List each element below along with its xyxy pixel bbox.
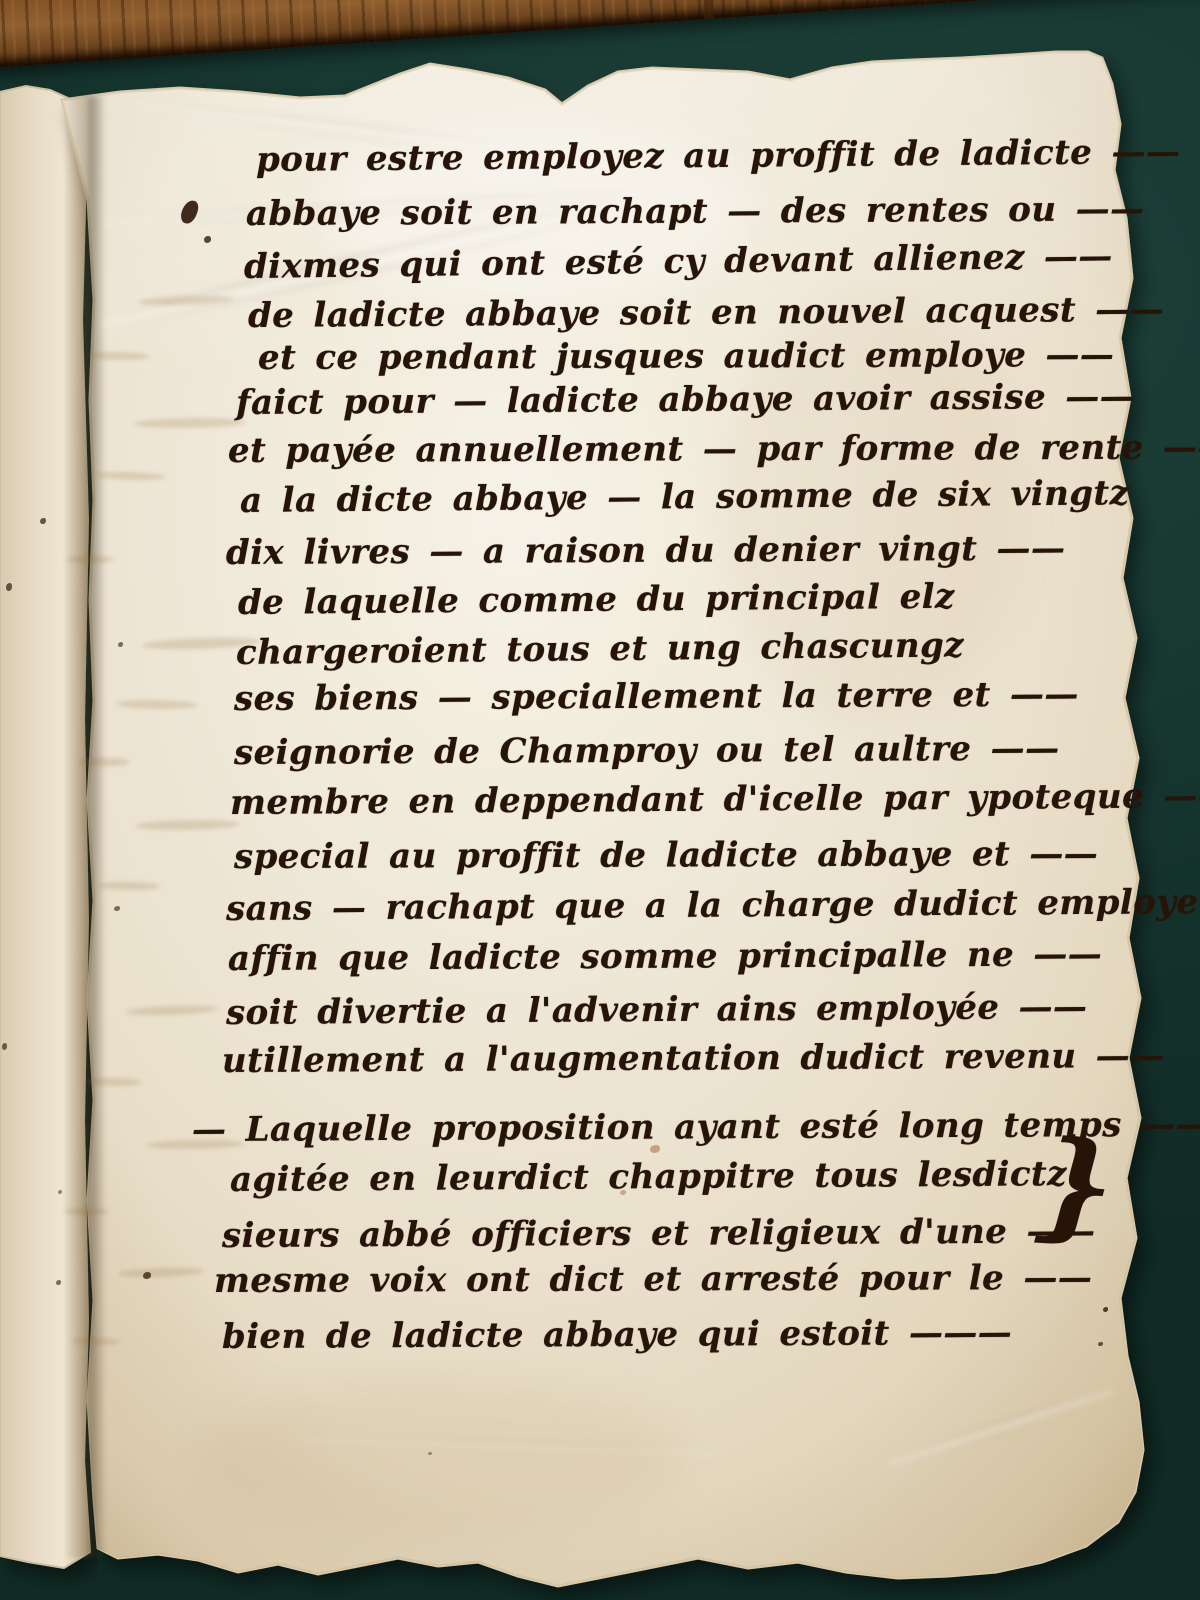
manuscript-line: pour estre employez au proffit de ladict… <box>256 132 1181 180</box>
manuscript-line: ses biens — speciallement la terre et —— <box>234 675 1079 719</box>
manuscript-line: utillement a l'augmentation dudict reven… <box>222 1036 1165 1081</box>
manuscript-line: chargeroient tous et ung chascungz <box>236 625 964 673</box>
manuscript-line: sans — rachapt que a la charge dudict em… <box>226 882 1199 929</box>
manuscript-line: et payée annuellement — par forme de ren… <box>228 427 1200 471</box>
manuscript-photo: pour estre employez au proffit de ladict… <box>0 0 1200 1600</box>
manuscript-line: bien de ladicte abbaye qui estoit ——— <box>222 1313 1012 1357</box>
manuscript-line: affin que ladicte somme principalle ne —… <box>228 934 1102 979</box>
manuscript-line: et ce pendant jusques audict employe —— <box>258 335 1114 378</box>
manuscript-line: dix livres — a raison du denier vingt —— <box>226 529 1066 573</box>
manuscript-line: membre en deppendant d'icelle par ypoteq… <box>230 776 1200 823</box>
manuscript-line: agitée en leurdict chappitre tous lesdic… <box>230 1154 1067 1200</box>
manuscript-line: sieurs abbé officiers et religieux d'une… <box>222 1211 1096 1256</box>
ghost-text-streak <box>78 758 130 766</box>
manuscript-line: mesme voix ont dict et arresté pour le —… <box>214 1258 1092 1301</box>
manuscript-line: de laquelle comme du principal elz <box>238 577 955 623</box>
ghost-text-streak <box>66 556 114 563</box>
manuscript-line: abbaye soit en rachapt — des rentes ou —… <box>246 189 1145 234</box>
manuscript-line: soit divertie a l'advenir ains employée … <box>226 987 1088 1033</box>
manuscript-line: seignorie de Champroy ou tel aultre —— <box>234 729 1060 773</box>
scribal-brace-flourish: } <box>1034 1123 1118 1246</box>
paper-stain <box>200 1380 680 1540</box>
ghost-text-streak <box>64 1208 108 1215</box>
manuscript-line: a la dicte abbaye — la somme de six ving… <box>240 473 1130 521</box>
manuscript-line: special au proffit de ladicte abbaye et … <box>234 834 1098 877</box>
manuscript-line: faict pour — ladicte abbaye avoir assise… <box>236 377 1134 423</box>
manuscript-line: de ladicte abbaye soit en nouvel acquest… <box>248 290 1164 336</box>
